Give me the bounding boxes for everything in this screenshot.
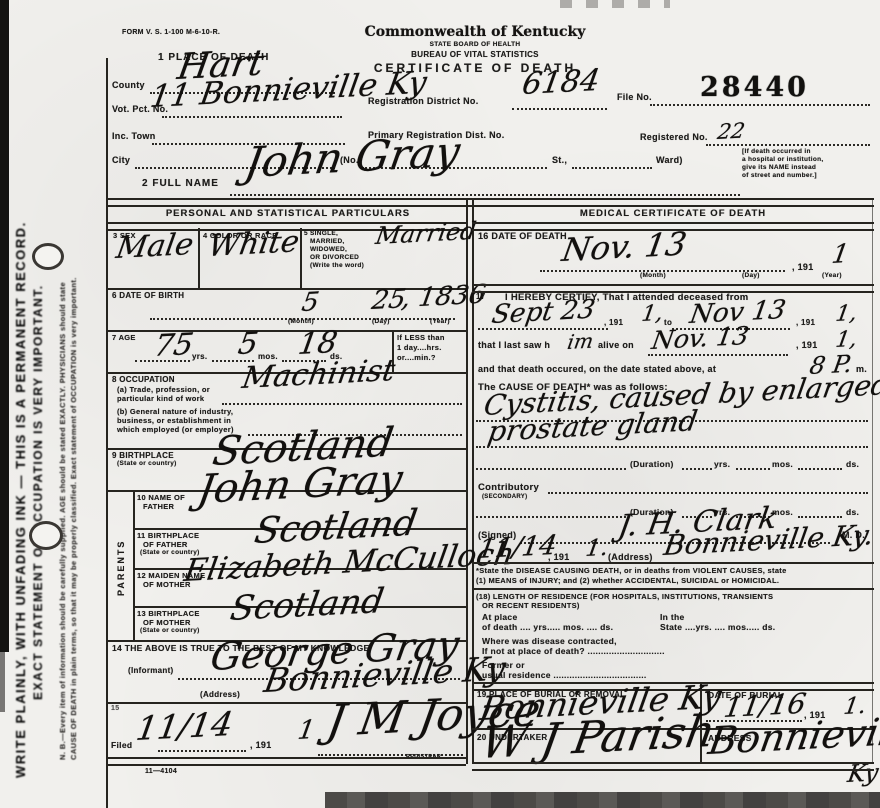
bureau-subtitle: BUREAU OF VITAL STATISTICS	[350, 50, 600, 60]
scan-top-smudge	[560, 0, 670, 8]
duration2-ds-label: ds.	[846, 507, 859, 517]
full-name-line	[230, 192, 740, 196]
registered-no-label: Registered No.	[640, 132, 708, 143]
undertaker-value: W J Parish	[478, 710, 718, 766]
hospital-note-line-1: [If death occurred in	[742, 148, 811, 156]
filed-label: Filed	[111, 740, 132, 750]
occupation-value: Machinist	[240, 356, 397, 394]
father-name-label-2: FATHER	[143, 502, 174, 511]
residence-atplace-2: of death .... yrs..... mos. .... ds.	[482, 622, 613, 632]
occupation-a-line-1: (a) Trade, profession, or	[117, 385, 210, 394]
hospital-note-line-3: give its NAME instead	[742, 164, 816, 172]
scan-edge-bar	[0, 0, 9, 652]
margin-stamp-line-2: EXACT STATEMENT OF OCCUPATION IS VERY IM…	[31, 140, 45, 700]
dob-month-sublabel: (Month)	[288, 318, 314, 326]
filed-year-hw: 1	[296, 717, 317, 744]
duration2-leader-d	[798, 514, 842, 518]
age-yrs-label: yrs.	[192, 352, 207, 362]
registered-no-value: 22	[716, 121, 746, 143]
vot-pct-line	[162, 114, 342, 118]
duration-mos-label: mos.	[772, 459, 793, 469]
mother-birthplace-label-3: (State or country)	[140, 627, 200, 635]
duration-leader-d	[798, 466, 842, 470]
residence-former-1: Former or	[482, 660, 525, 670]
filed-section-no: 15	[111, 705, 119, 713]
date-of-death-label: 16 DATE OF DEATH	[478, 231, 567, 242]
city-st-label: St.,	[552, 155, 567, 166]
age-less-line-3: or....min.?	[397, 353, 436, 362]
residence-heading-2: OR RECENT RESIDENTS)	[482, 601, 580, 610]
registrar-line	[318, 752, 463, 756]
dod-day-sublabel: (Day)	[742, 272, 760, 280]
parents-strip-divider	[133, 490, 135, 640]
margin-stamp-line-1: WRITE PLAINLY, WITH UNFADING INK — THIS …	[13, 158, 28, 778]
registration-district-value: 6184	[520, 66, 602, 100]
dob-day-sublabel: (Day)	[372, 318, 390, 326]
dob-label: 6 DATE OF BIRTH	[112, 291, 184, 301]
contributory-leader	[548, 490, 868, 494]
informant-tag: (Informant)	[128, 666, 174, 676]
punch-hole-top	[32, 243, 64, 270]
duration-leader-b	[682, 466, 712, 470]
dob-year-sublabel: (Year)	[430, 318, 450, 326]
last-saw-printed-3: , 191	[796, 340, 818, 351]
footnote-top-rule	[472, 562, 874, 564]
cause-leader-2	[476, 444, 868, 448]
father-name-value: John Gray	[195, 459, 405, 510]
age-mos-value: 5	[236, 329, 260, 360]
hospital-note-line-4: of street and number.]	[742, 172, 817, 180]
scan-edge-bar-fade	[0, 652, 5, 712]
attended-to-year-hw: 1,	[834, 303, 859, 326]
left-column-title: PERSONAL AND STATISTICAL PARTICULARS	[110, 208, 466, 219]
sex-color-divider	[198, 228, 200, 288]
sign-address-value: Bonnieville Ky.	[662, 521, 876, 560]
occupation-a-line	[222, 401, 462, 405]
dod-month-sublabel: (Month)	[640, 272, 666, 280]
age-less-line-2: 1 day....hrs.	[397, 343, 442, 352]
header-divider	[108, 198, 874, 207]
state-board-subtitle: STATE BOARD OF HEALTH	[350, 41, 600, 49]
footnote-line-2: (1) MEANS of INJURY; and (2) whether ACC…	[476, 576, 779, 585]
filed-year-printed: , 191	[250, 740, 272, 751]
marital-label-1: 5 SINGLE,	[304, 230, 338, 238]
informant-address-tag: (Address)	[200, 690, 240, 700]
margin-note-line-2: CAUSE OF DEATH in plain terms, so that i…	[69, 160, 78, 760]
contributory-sublabel: (SECONDARY)	[482, 494, 527, 501]
residence-atplace-1: At place	[482, 612, 517, 622]
file-no-value: 28440	[700, 72, 809, 103]
marital-label-2: MARRIED,	[310, 238, 345, 246]
age-label: 7 AGE	[112, 333, 136, 342]
occupation-a-line-2: particular kind of work	[117, 394, 204, 403]
duration-leader-a	[476, 466, 626, 470]
mother-birthplace-value: Scotland	[228, 584, 386, 626]
color-race-value: White	[206, 227, 301, 262]
duration-yrs-label: yrs.	[714, 459, 730, 469]
occupation-b-line-1: (b) General nature of industry,	[117, 407, 233, 416]
sign-date-value: 11/14	[476, 532, 559, 563]
cause-value-line-2: prostate gland	[486, 407, 699, 446]
color-marital-divider	[300, 228, 302, 288]
death-certificate-scan: WRITE PLAINLY, WITH UNFADING INK — THIS …	[0, 0, 880, 808]
city-ward-label: Ward)	[656, 155, 683, 166]
date-of-death-value: Nov. 13	[560, 228, 689, 266]
occupation-label: 8 OCCUPATION	[112, 375, 175, 385]
right-column-title: MEDICAL CERTIFICATE OF DEATH	[474, 208, 872, 219]
form-left-edge	[106, 58, 108, 808]
filed-date-value: 11/14	[134, 707, 235, 745]
marital-label-5: (Write the word)	[310, 262, 364, 270]
last-saw-printed-1: that I last saw h	[478, 340, 550, 351]
form-number: FORM V. S. 1-100 M-6-10-R.	[122, 29, 220, 37]
attended-from-year-hw: 1,	[640, 303, 665, 326]
city-st-line	[572, 165, 652, 169]
undertaker-address-value: Bonnieville	[706, 711, 880, 760]
parents-label: PARENTS	[116, 540, 127, 596]
residence-top-rule	[472, 588, 874, 590]
scan-bottom-bar	[325, 792, 880, 808]
form-code: 11—4104	[145, 768, 177, 776]
duration-leader-c	[736, 466, 770, 470]
file-no-label: File No.	[617, 92, 652, 103]
dod-year-hw: 1	[830, 241, 851, 268]
inc-town-label: Inc. Town	[112, 131, 156, 142]
form-right-edge	[872, 198, 873, 764]
marital-value: Married	[374, 219, 478, 248]
attended-to-year-printed: , 191	[796, 318, 815, 328]
last-saw-hw-3: 1,	[834, 329, 859, 352]
marital-label-3: WIDOWED,	[310, 246, 347, 254]
dod-year-printed: , 191	[792, 262, 814, 273]
dod-year-sublabel: (Year)	[822, 272, 842, 280]
full-name-label: 2 FULL NAME	[142, 178, 219, 190]
duration2-leader-a	[476, 514, 626, 518]
mother-birthplace-label-1: 13 BIRTHPLACE	[137, 609, 200, 618]
father-name-label-1: 10 NAME OF	[137, 493, 185, 502]
certify-section-no: 17	[476, 292, 486, 302]
last-saw-leader	[648, 352, 788, 356]
duration-ds-label: ds.	[846, 459, 859, 469]
last-saw-hw-1: im	[566, 331, 595, 352]
hospital-note-line-2: a hospital or institution,	[742, 156, 823, 164]
residence-where-2: If not at place of death? ..............…	[482, 646, 665, 656]
full-name-value: John Gray	[242, 131, 463, 184]
contributory-label: Contributory	[478, 482, 539, 493]
left-bottom-rule	[108, 757, 466, 766]
right-bottom-rule	[472, 762, 874, 771]
age-line-a	[135, 358, 190, 362]
marital-label-4: OR DIVORCED	[310, 254, 359, 262]
residence-heading-1: (18) LENGTH OF RESIDENCE (FOR HOSPITALS,…	[476, 592, 773, 601]
footnote-line-1: *State the DISEASE CAUSING DEATH, or in …	[476, 566, 787, 575]
residence-where-1: Where was disease contracted,	[482, 636, 617, 646]
punch-hole-bottom	[29, 521, 63, 550]
last-saw-printed-2: alive on	[598, 340, 634, 351]
residence-former-2: usual residence ........................…	[482, 670, 647, 680]
father-birthplace-label-2: OF FATHER	[143, 540, 188, 549]
duration-label: (Duration)	[630, 459, 674, 469]
dob-month-value: 5	[300, 289, 321, 316]
attended-from-date: Sept 23	[490, 297, 597, 328]
age-less-line-1: If LESS than	[397, 333, 445, 342]
sign-date-year-hw: 1.	[584, 537, 610, 561]
last-saw-hw-2: Nov. 13	[650, 323, 751, 353]
residence-state-2: State ....yrs. .... mos..... ds.	[660, 622, 775, 632]
occurred-printed-1: and that death occured, on the date stat…	[478, 364, 716, 375]
city-label: City	[112, 155, 130, 166]
registration-district-line	[512, 106, 607, 110]
commonwealth-title: Commonwealth of Kentucky	[350, 24, 600, 40]
filed-line	[158, 748, 246, 752]
occupation-b-line-2: business, or establishment in	[117, 416, 231, 425]
father-birthplace-label-1: 11 BIRTHPLACE	[137, 531, 199, 540]
sex-value: Male	[114, 230, 195, 264]
county-label: County	[112, 80, 145, 91]
mother-birthplace-label-2: OF MOTHER	[143, 618, 191, 627]
residence-state-1: In the	[660, 612, 684, 622]
birthplace-sublabel: (State or country)	[117, 460, 177, 468]
